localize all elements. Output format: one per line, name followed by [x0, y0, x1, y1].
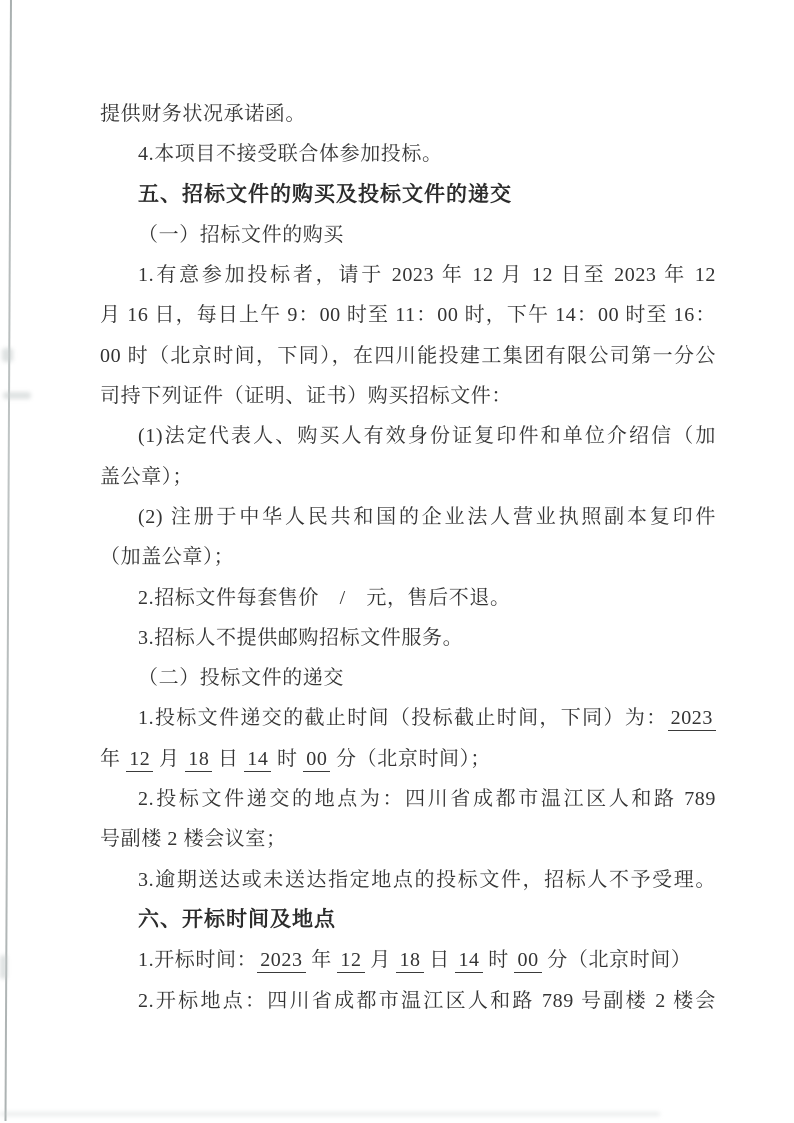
text-segment: 司持下列证件（证明、证书）购买招标文件： [100, 385, 512, 407]
text-segment: 2.投标文件递交的地点为：四川省成都市温江区人和路 789 [138, 788, 716, 810]
text-segment: 盖公章）； [100, 466, 193, 488]
text-segment: 1.开标时间： [138, 949, 257, 971]
scan-smudge [3, 392, 31, 399]
text-segment: （加盖公章）； [100, 546, 234, 568]
section-heading: 六、开标时间及地点 [100, 900, 716, 940]
text-segment: 年 [100, 748, 126, 770]
text-line: 年 12 月 18 日 14 时 00 分（北京时间）； [100, 739, 716, 779]
text-line: 2.开标地点：四川省成都市温江区人和路 789 号副楼 2 楼会 [100, 981, 716, 1021]
scan-smudge [0, 1112, 660, 1116]
text-line: 月 16 日，每日上午 9：00 时至 11：00 时，下午 14：00 时至 … [100, 295, 716, 335]
text-line: 4.本项目不接受联合体参加投标。 [100, 134, 716, 174]
underlined-blank-value: 00 [514, 949, 541, 973]
text-line: 司持下列证件（证明、证书）购买招标文件： [100, 376, 716, 416]
underlined-blank-value: 2023 [257, 949, 305, 973]
text-line: （二）投标文件的递交 [100, 658, 716, 698]
text-line: 3.招标人不提供邮购招标文件服务。 [100, 618, 716, 658]
text-segment: 年 [306, 949, 338, 971]
text-segment: 00 时（北京时间，下同），在四川能投建工集团有限公司第一分公 [100, 345, 716, 367]
text-segment: 号副楼 2 楼会议室； [100, 828, 287, 850]
text-line: 1.投标文件递交的截止时间（投标截止时间，下同）为：2023 [100, 698, 716, 738]
text-segment: 月 [153, 748, 185, 770]
text-segment: 3.逾期送达或未送达指定地点的投标文件，招标人不予受理。 [138, 869, 716, 891]
text-line: 00 时（北京时间，下同），在四川能投建工集团有限公司第一分公 [100, 336, 716, 376]
text-line: (2) 注册于中华人民共和国的企业法人营业执照副本复印件 [100, 497, 716, 537]
text-line: 2.招标文件每套售价 / 元，售后不退。 [100, 578, 716, 618]
text-line: 2.投标文件递交的地点为：四川省成都市温江区人和路 789 [100, 779, 716, 819]
text-segment: 日 [212, 748, 244, 770]
text-segment: 六、开标时间及地点 [138, 908, 336, 931]
text-segment: 时 [483, 949, 515, 971]
underlined-blank-value: 14 [244, 748, 271, 772]
scan-smudge [2, 348, 13, 362]
scan-smudge [0, 955, 7, 979]
underlined-blank-value: 12 [337, 949, 364, 973]
text-line: 1.有意参加投标者，请于 2023 年 12 月 12 日至 2023 年 12 [100, 255, 716, 295]
text-line: 号副楼 2 楼会议室； [100, 819, 716, 859]
text-line: 盖公章）； [100, 457, 716, 497]
text-segment: 3.招标人不提供邮购招标文件服务。 [138, 627, 463, 649]
text-line: （加盖公章）； [100, 537, 716, 577]
underlined-blank-value: 2023 [668, 707, 716, 731]
section-heading: 五、招标文件的购买及投标文件的递交 [100, 175, 716, 215]
underlined-blank-value: 18 [185, 748, 212, 772]
text-segment: (2) 注册于中华人民共和国的企业法人营业执照副本复印件 [138, 506, 716, 528]
underlined-blank-value: 18 [396, 949, 423, 973]
text-segment: 月 16 日，每日上午 9：00 时至 11：00 时，下午 14：00 时至 … [100, 304, 716, 326]
text-segment: 2.开标地点：四川省成都市温江区人和路 789 号副楼 2 楼会 [138, 990, 716, 1012]
text-segment: （一）招标文件的购买 [138, 224, 344, 246]
document-page: 提供财务状况承诺函。4.本项目不接受联合体参加投标。五、招标文件的购买及投标文件… [0, 0, 794, 1123]
text-segment: 2.招标文件每套售价 / 元，售后不退。 [138, 587, 511, 609]
document-content: 提供财务状况承诺函。4.本项目不接受联合体参加投标。五、招标文件的购买及投标文件… [100, 94, 716, 1021]
text-segment: 4.本项目不接受联合体参加投标。 [138, 143, 443, 165]
text-segment: 五、招标文件的购买及投标文件的递交 [138, 183, 512, 206]
text-line: 提供财务状况承诺函。 [100, 94, 716, 134]
text-segment: 日 [424, 949, 456, 971]
underlined-blank-value: 00 [303, 748, 330, 772]
text-segment: 分（北京时间）； [330, 748, 490, 770]
text-segment: 1.有意参加投标者，请于 2023 年 12 月 12 日至 2023 年 12 [138, 264, 716, 286]
scan-edge-artifact [5, 0, 12, 1121]
text-segment: 时 [271, 748, 303, 770]
text-segment: 月 [365, 949, 397, 971]
text-segment: 分（北京时间） [542, 949, 692, 971]
text-segment: 提供财务状况承诺函。 [100, 103, 306, 125]
text-segment: (1)法定代表人、购买人有效身份证复印件和单位介绍信（加 [138, 425, 716, 447]
text-segment: 1.投标文件递交的截止时间（投标截止时间，下同）为： [138, 707, 668, 729]
text-line: (1)法定代表人、购买人有效身份证复印件和单位介绍信（加 [100, 416, 716, 456]
text-line: 3.逾期送达或未送达指定地点的投标文件，招标人不予受理。 [100, 860, 716, 900]
underlined-blank-value: 14 [455, 949, 482, 973]
text-line: 1.开标时间：2023 年 12 月 18 日 14 时 00 分（北京时间） [100, 940, 716, 980]
text-segment: （二）投标文件的递交 [138, 667, 344, 689]
underlined-blank-value: 12 [126, 748, 153, 772]
text-line: （一）招标文件的购买 [100, 215, 716, 255]
